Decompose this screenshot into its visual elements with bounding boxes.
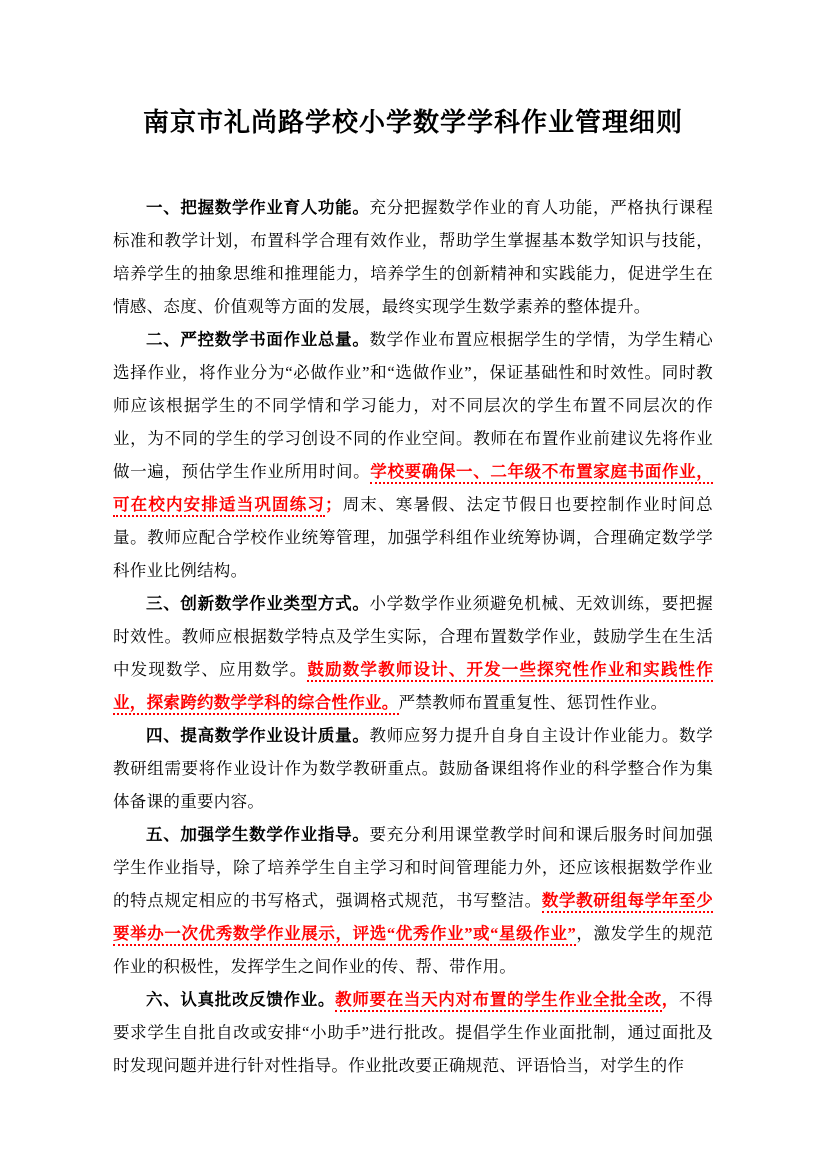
document-page: 南京市礼尚路学校小学数学学科作业管理细则 一、把握数学作业育人功能。充分把握数学…	[0, 0, 827, 1170]
paragraph: 一、把握数学作业育人功能。充分把握数学作业的育人功能，严格执行课程标准和教学计划…	[113, 191, 713, 323]
text-segment-bold: 六、认真批改反馈作业。	[146, 990, 335, 1009]
text-segment-bold: 一、把握数学作业育人功能。	[146, 198, 370, 217]
document-body: 一、把握数学作业育人功能。充分把握数学作业的育人功能，严格执行课程标准和教学计划…	[113, 191, 713, 1082]
text-segment-red: 教师要在当天内对布置的学生作业全批全改	[335, 990, 662, 1012]
paragraph: 二、严控数学书面作业总量。数学作业布置应根据学生的学情，为学生精心选择作业，将作…	[113, 323, 713, 587]
text-segment-red-plain: ；	[325, 495, 342, 514]
page-title: 南京市礼尚路学校小学数学学科作业管理细则	[113, 103, 713, 141]
paragraph: 三、创新数学作业类型方式。小学数学作业须避免机械、无效训练，要把握时效性。教师应…	[113, 587, 713, 719]
paragraph: 六、认真批改反馈作业。教师要在当天内对布置的学生作业全批全改，不得要求学生自批自…	[113, 983, 713, 1082]
text-segment-bold: 二、严控数学书面作业总量。	[146, 330, 370, 349]
text-segment-normal: 数学作业布置应根据学生的学情，为学生精心选择作业，将作业分为“必做作业”和“选做…	[113, 330, 713, 481]
text-segment-red-plain: ，	[662, 990, 679, 1009]
text-segment-bold: 五、加强学生数学作业指导。	[146, 825, 370, 844]
text-segment-bold: 四、提高数学作业设计质量。	[146, 726, 370, 745]
text-segment-bold: 三、创新数学作业类型方式。	[146, 594, 370, 613]
paragraph: 五、加强学生数学作业指导。要充分利用课堂教学时间和课后服务时间加强学生作业指导，…	[113, 818, 713, 983]
text-segment-normal: 严禁教师布置重复性、惩罚性作业。	[399, 693, 668, 712]
paragraph: 四、提高数学作业设计质量。教师应努力提升自身自主设计作业能力。数学教研组需要将作…	[113, 719, 713, 818]
